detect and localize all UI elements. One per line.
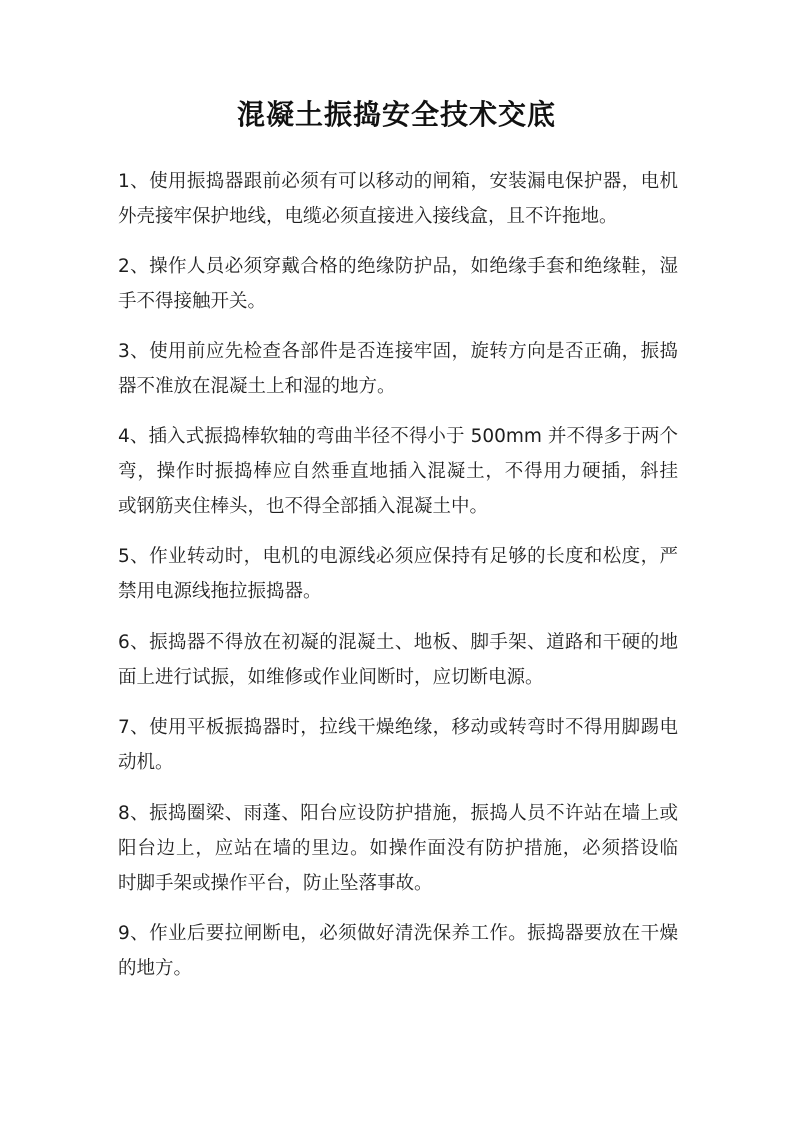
document-page: 混凝土振捣安全技术交底 1、使用振捣器跟前必须有可以移动的闸箱，安装漏电保护器，…	[0, 0, 793, 1122]
paragraph-line: 器不准放在混凝土上和湿的地方。	[118, 369, 678, 404]
paragraph-line: 1、使用振捣器跟前必须有可以移动的闸箱，安装漏电保护器，电机	[118, 164, 678, 199]
paragraph-line: 的地方。	[118, 951, 678, 986]
paragraph-line: 阳台边上，应站在墙的里边。如操作面没有防护措施，必须搭设临	[118, 831, 678, 866]
paragraph-line: 时脚手架或操作平台，防止坠落事故。	[118, 866, 678, 901]
paragraph-line: 动机。	[118, 745, 678, 780]
paragraph-4: 4、插入式振捣棒软轴的弯曲半径不得小于 500mm 并不得多于两个 弯，操作时振…	[118, 419, 678, 524]
paragraph-line: 2、操作人员必须穿戴合格的绝缘防护品，如绝缘手套和绝缘鞋，湿	[118, 249, 678, 284]
paragraph-9: 9、作业后要拉闸断电，必须做好清洗保养工作。振捣器要放在干燥 的地方。	[118, 916, 678, 986]
paragraph-line: 手不得接触开关。	[118, 284, 678, 319]
paragraph-8: 8、振捣圈梁、雨蓬、阳台应设防护措施，振捣人员不许站在墙上或 阳台边上，应站在墙…	[118, 796, 678, 901]
paragraph-line: 5、作业转动时，电机的电源线必须应保持有足够的长度和松度，严	[118, 539, 678, 574]
paragraph-5: 5、作业转动时，电机的电源线必须应保持有足够的长度和松度，严 禁用电源线拖拉振捣…	[118, 539, 678, 609]
document-title: 混凝土振捣安全技术交底	[0, 96, 793, 134]
paragraph-3: 3、使用前应先检查各部件是否连接牢固，旋转方向是否正确，振捣 器不准放在混凝土上…	[118, 334, 678, 404]
paragraph-line: 6、振捣器不得放在初凝的混凝土、地板、脚手架、道路和干硬的地	[118, 625, 678, 660]
paragraph-line: 3、使用前应先检查各部件是否连接牢固，旋转方向是否正确，振捣	[118, 334, 678, 369]
paragraph-1: 1、使用振捣器跟前必须有可以移动的闸箱，安装漏电保护器，电机 外壳接牢保护地线，…	[118, 164, 678, 234]
paragraph-line: 或钢筋夹住棒头，也不得全部插入混凝土中。	[118, 489, 678, 524]
paragraph-line: 外壳接牢保护地线，电缆必须直接进入接线盒，且不许拖地。	[118, 199, 678, 234]
paragraph-2: 2、操作人员必须穿戴合格的绝缘防护品，如绝缘手套和绝缘鞋，湿 手不得接触开关。	[118, 249, 678, 319]
paragraph-line: 8、振捣圈梁、雨蓬、阳台应设防护措施，振捣人员不许站在墙上或	[118, 796, 678, 831]
paragraph-line: 7、使用平板振捣器时，拉线干燥绝缘，移动或转弯时不得用脚踢电	[118, 710, 678, 745]
paragraph-line: 弯，操作时振捣棒应自然垂直地插入混凝土，不得用力硬插，斜挂	[118, 454, 678, 489]
paragraph-line: 9、作业后要拉闸断电，必须做好清洗保养工作。振捣器要放在干燥	[118, 916, 678, 951]
paragraph-line: 禁用电源线拖拉振捣器。	[118, 574, 678, 609]
paragraph-line: 4、插入式振捣棒软轴的弯曲半径不得小于 500mm 并不得多于两个	[118, 419, 678, 454]
paragraph-line: 面上进行试振，如维修或作业间断时，应切断电源。	[118, 660, 678, 695]
paragraph-7: 7、使用平板振捣器时，拉线干燥绝缘，移动或转弯时不得用脚踢电 动机。	[118, 710, 678, 780]
paragraph-6: 6、振捣器不得放在初凝的混凝土、地板、脚手架、道路和干硬的地 面上进行试振，如维…	[118, 625, 678, 695]
document-body: 1、使用振捣器跟前必须有可以移动的闸箱，安装漏电保护器，电机 外壳接牢保护地线，…	[118, 164, 678, 986]
